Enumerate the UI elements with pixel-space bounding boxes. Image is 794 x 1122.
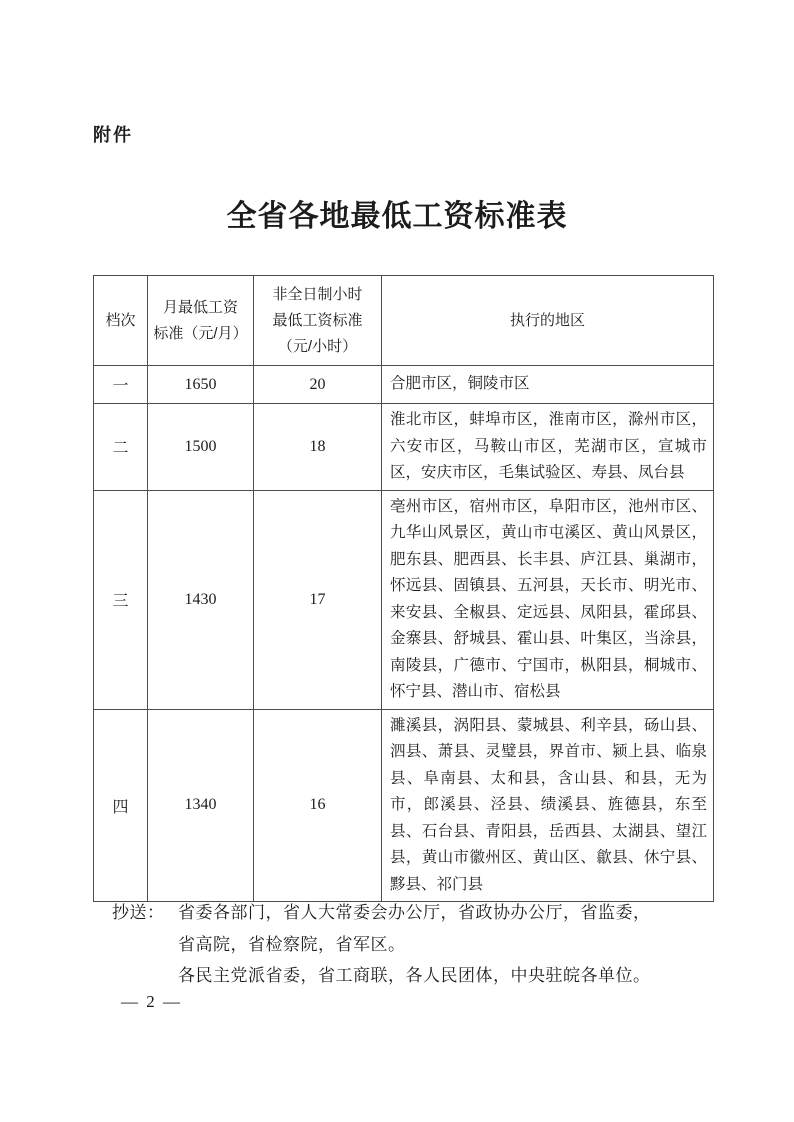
cc-line: 省高院，省检察院，省军区。 <box>178 929 712 961</box>
page-number: — 2 — <box>121 992 182 1012</box>
table-row: 三 1430 17 亳州市区，宿州市区，阜阳市区，池州市区、九华山风景区，黄山市… <box>94 490 714 709</box>
cc-line: 各民主党派省委，省工商联，各人民团体，中央驻皖各单位。 <box>178 960 712 992</box>
minimum-wage-table: 档次 月最低工资 标准（元/月） 非全日制小时 最低工资标准 （元/小时） 执行… <box>93 275 714 902</box>
table-header-row: 档次 月最低工资 标准（元/月） 非全日制小时 最低工资标准 （元/小时） 执行… <box>94 276 714 366</box>
hourly-wage-cell: 17 <box>254 490 382 709</box>
monthly-wage-cell: 1430 <box>148 490 254 709</box>
document-page: 附件 全省各地最低工资标准表 档次 月最低工资 标准（元/月） 非全日制小时 最… <box>0 0 794 1122</box>
table-row: 一 1650 20 合肥市区，铜陵市区 <box>94 366 714 404</box>
cc-label: 抄送： <box>112 897 178 992</box>
regions-cell: 合肥市区，铜陵市区 <box>382 366 714 404</box>
monthly-wage-cell: 1340 <box>148 709 254 902</box>
hourly-wage-cell: 16 <box>254 709 382 902</box>
grade-cell: 二 <box>94 404 148 491</box>
hourly-wage-cell: 18 <box>254 404 382 491</box>
hourly-wage-cell: 20 <box>254 366 382 404</box>
header-hourly-wage: 非全日制小时 最低工资标准 （元/小时） <box>254 276 382 366</box>
cc-content: 省委各部门，省人大常委会办公厅，省政协办公厅，省监委， 省高院，省检察院，省军区… <box>178 897 712 992</box>
regions-cell: 濉溪县，涡阳县、蒙城县、利辛县，砀山县、泗县、萧县、灵璧县，界首市、颍上县、临泉… <box>382 709 714 902</box>
header-grade: 档次 <box>94 276 148 366</box>
table-row: 四 1340 16 濉溪县，涡阳县、蒙城县、利辛县，砀山县、泗县、萧县、灵璧县，… <box>94 709 714 902</box>
table-row: 二 1500 18 淮北市区，蚌埠市区，淮南市区，滁州市区，六安市区，马鞍山市区… <box>94 404 714 491</box>
header-monthly-wage: 月最低工资 标准（元/月） <box>148 276 254 366</box>
page-title: 全省各地最低工资标准表 <box>0 191 794 235</box>
grade-cell: 三 <box>94 490 148 709</box>
cc-line: 省委各部门，省人大常委会办公厅，省政协办公厅，省监委， <box>178 897 712 929</box>
monthly-wage-cell: 1650 <box>148 366 254 404</box>
header-regions: 执行的地区 <box>382 276 714 366</box>
cc-distribution-block: 抄送： 省委各部门，省人大常委会办公厅，省政协办公厅，省监委， 省高院，省检察院… <box>112 897 712 992</box>
regions-cell: 亳州市区，宿州市区，阜阳市区，池州市区、九华山风景区，黄山市屯溪区、黄山风景区，… <box>382 490 714 709</box>
regions-cell: 淮北市区，蚌埠市区，淮南市区，滁州市区，六安市区，马鞍山市区，芜湖市区，宣城市区… <box>382 404 714 491</box>
grade-cell: 一 <box>94 366 148 404</box>
grade-cell: 四 <box>94 709 148 902</box>
monthly-wage-cell: 1500 <box>148 404 254 491</box>
attachment-label: 附件 <box>93 121 133 147</box>
